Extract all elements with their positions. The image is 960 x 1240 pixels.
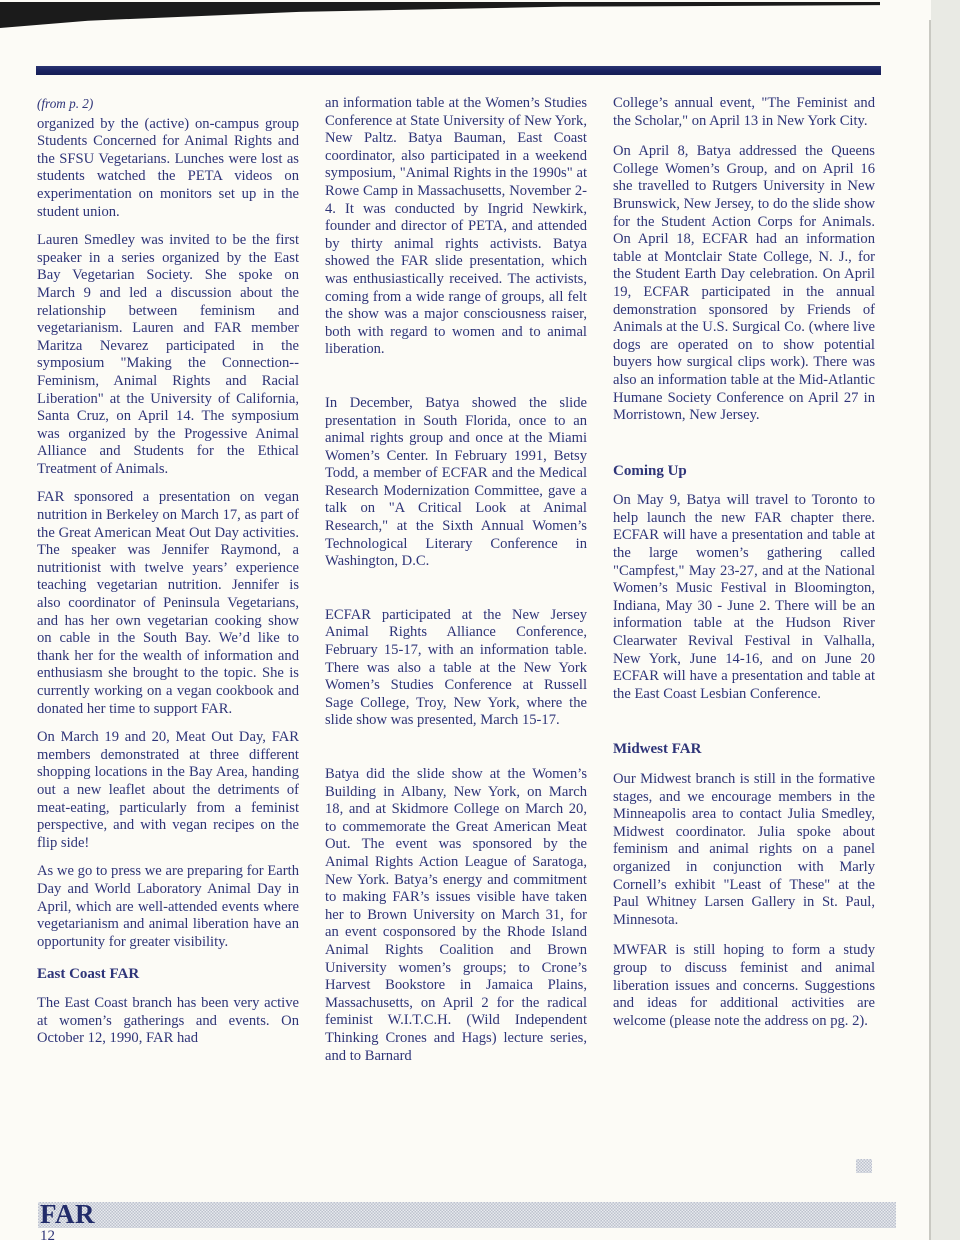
column-3: College’s annual event, "The Feminist an… <box>613 95 875 1101</box>
paragraph: an information table at the Women’s Stud… <box>325 95 587 359</box>
paragraph: On April 8, Batya addressed the Queens C… <box>613 143 875 425</box>
paragraph: MWFAR is still hoping to form a study gr… <box>613 942 875 1030</box>
paragraph: organized by the (active) on-campus grou… <box>37 116 299 222</box>
paragraph: Batya did the slide show at the Women’s … <box>325 766 587 1065</box>
paragraph: FAR sponsored a presentation on vegan nu… <box>37 489 299 718</box>
paragraph: ECFAR participated at the New Jersey Ani… <box>325 607 587 730</box>
paragraph: The East Coast branch has been very acti… <box>37 995 299 1048</box>
paragraph: In December, Batya showed the slide pres… <box>325 395 587 571</box>
far-logo: FAR <box>40 1199 95 1229</box>
page-number: 12 <box>40 1228 55 1240</box>
paragraph: Our Midwest branch is still in the forma… <box>613 771 875 929</box>
paragraph: On March 19 and 20, Meat Out Day, FAR me… <box>37 729 299 852</box>
article-columns: (from p. 2)organized by the (active) on-… <box>37 95 875 1101</box>
continuation-note: (from p. 2) <box>37 95 299 113</box>
footer-band: FAR <box>38 1202 896 1228</box>
column-1: (from p. 2)organized by the (active) on-… <box>37 95 299 1101</box>
article-end-mark-icon <box>856 1159 872 1173</box>
scan-page-edge <box>929 20 931 1240</box>
newsletter-page: (from p. 2)organized by the (active) on-… <box>0 0 931 1240</box>
scan-artifact-top <box>0 2 880 28</box>
header-rule <box>36 66 881 75</box>
section-heading: Midwest FAR <box>613 741 875 759</box>
column-2: an information table at the Women’s Stud… <box>325 95 587 1101</box>
paragraph: As we go to press we are preparing for E… <box>37 863 299 951</box>
paragraph: On May 9, Batya will travel to Toronto t… <box>613 492 875 703</box>
section-heading: Coming Up <box>613 463 875 481</box>
paragraph: Lauren Smedley was invited to be the fir… <box>37 232 299 478</box>
paragraph: College’s annual event, "The Feminist an… <box>613 95 875 130</box>
section-heading: East Coast FAR <box>37 966 299 984</box>
